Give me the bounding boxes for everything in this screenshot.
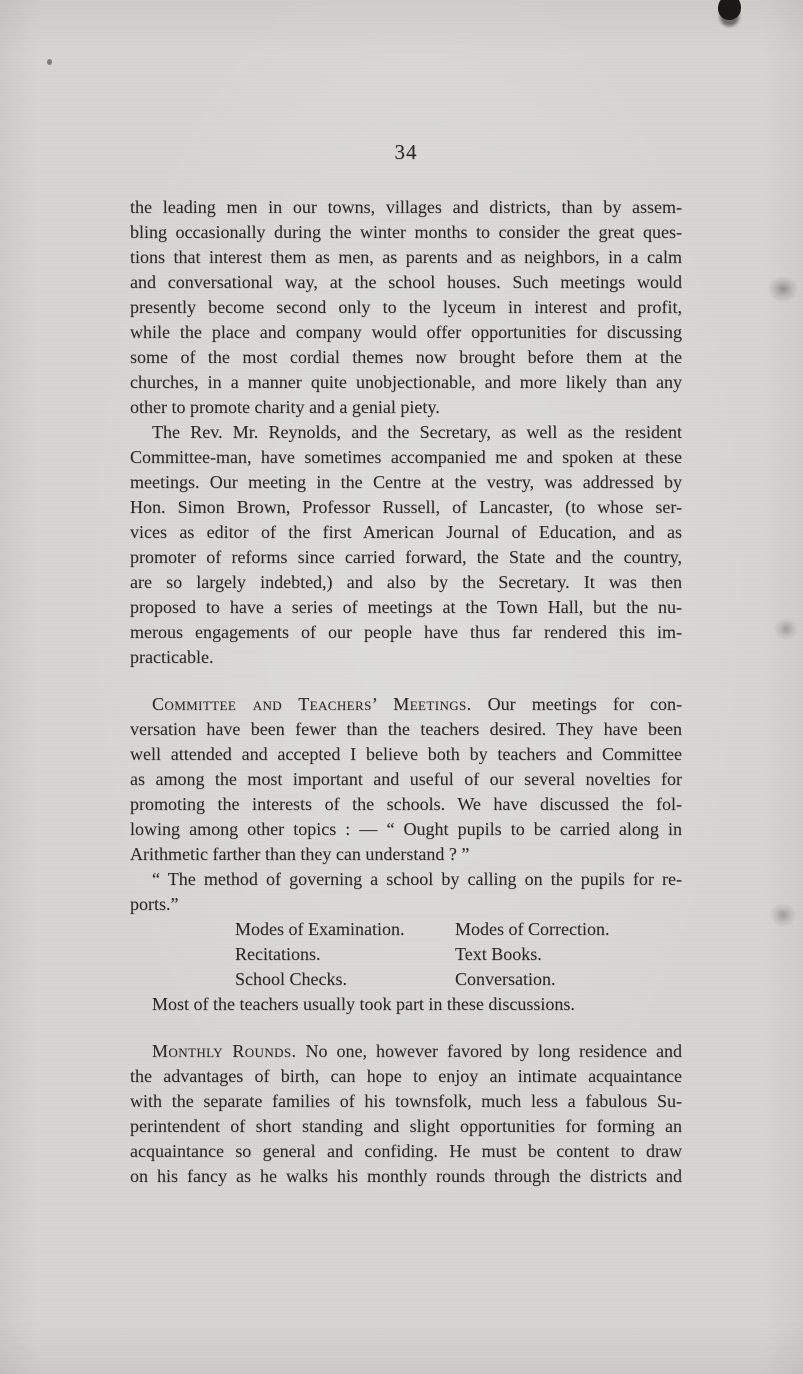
text-line: Arithmetic farther than they can underst… xyxy=(130,842,682,867)
text-line: Most of the teachers usually took part i… xyxy=(130,992,682,1017)
text-line: and conversational way, at the school ho… xyxy=(130,270,682,295)
text-line: merous engagements of our people have th… xyxy=(130,620,682,645)
text-line: presently become second only to the lyce… xyxy=(130,295,682,320)
text-line: ports.” xyxy=(130,892,682,917)
list-item: Recitations. xyxy=(235,942,455,967)
paragraph-lead: the leading men in our towns, villages a… xyxy=(130,195,682,420)
paper-smudge xyxy=(770,903,796,927)
text-line: with the separate families of his townsf… xyxy=(130,1089,682,1114)
text-line: meetings. Our meeting in the Centre at t… xyxy=(130,470,682,495)
text-line: promoter of reforms since carried forwar… xyxy=(130,545,682,570)
text-line: Committee and Teachers’ Meetings. Our me… xyxy=(130,692,682,717)
list-item: School Checks. xyxy=(235,967,455,992)
topics-row: Recitations. Text Books. xyxy=(130,942,682,967)
text-line: “ The method of governing a school by ca… xyxy=(130,867,682,892)
paper-smudge xyxy=(768,276,798,302)
topics-list: Modes of Examination. Modes of Correctio… xyxy=(130,917,682,992)
text-line: the advantages of birth, can hope to enj… xyxy=(130,1064,682,1089)
text-line: other to promote charity and a genial pi… xyxy=(130,395,682,420)
text-line: well attended and accepted I believe bot… xyxy=(130,742,682,767)
paragraph-method: “ The method of governing a school by ca… xyxy=(130,867,682,917)
text-line: The Rev. Mr. Reynolds, and the Secretary… xyxy=(130,420,682,445)
text-line: versation have been fewer than the teach… xyxy=(130,717,682,742)
paragraph-reynolds: The Rev. Mr. Reynolds, and the Secretary… xyxy=(130,420,682,670)
text-line: the leading men in our towns, villages a… xyxy=(130,195,682,220)
text-line: churches, in a manner quite unobjectiona… xyxy=(130,370,682,395)
section-heading-monthly: Monthly Rounds. xyxy=(152,1041,296,1061)
scanned-book-page: 34 the leading men in our towns, village… xyxy=(0,0,803,1374)
topics-row: Modes of Examination. Modes of Correctio… xyxy=(130,917,682,942)
text-line: promoting the interests of the schools. … xyxy=(130,792,682,817)
text-line: while the place and company would offer … xyxy=(130,320,682,345)
text-line: on his fancy as he walks his monthly rou… xyxy=(130,1164,682,1189)
text-line: are so largely indebted,) and also by th… xyxy=(130,570,682,595)
ink-blot-artifact xyxy=(715,0,743,22)
text-line-rest: No one, however favored by long residenc… xyxy=(296,1041,682,1061)
text-line: bling occasionally during the winter mon… xyxy=(130,220,682,245)
text-line: Hon. Simon Brown, Professor Russell, of … xyxy=(130,495,682,520)
text-block: 34 the leading men in our towns, village… xyxy=(130,140,682,1189)
list-item: Modes of Examination. xyxy=(235,917,455,942)
text-line: proposed to have a series of meetings at… xyxy=(130,595,682,620)
section-monthly-rounds: Monthly Rounds. No one, however favored … xyxy=(130,1039,682,1189)
list-item: Text Books. xyxy=(455,942,542,967)
list-item: Modes of Correction. xyxy=(455,917,609,942)
topics-row: School Checks. Conversation. xyxy=(130,967,682,992)
text-line-rest: Our meetings for con- xyxy=(472,694,682,714)
text-line: lowing among other topics : — “ Ought pu… xyxy=(130,817,682,842)
paper-speck xyxy=(47,59,52,65)
text-line: Committee-man, have sometimes accompanie… xyxy=(130,445,682,470)
text-line: vices as editor of the first American Jo… xyxy=(130,520,682,545)
section-heading-committee: Committee and Teachers’ Meetings. xyxy=(152,694,472,714)
text-line: some of the most cordial themes now brou… xyxy=(130,345,682,370)
list-item: Conversation. xyxy=(455,967,556,992)
paragraph-most: Most of the teachers usually took part i… xyxy=(130,992,682,1017)
paper-smudge xyxy=(774,618,798,640)
text-line: as among the most important and useful o… xyxy=(130,767,682,792)
text-line: Monthly Rounds. No one, however favored … xyxy=(130,1039,682,1064)
text-line: tions that interest them as men, as pare… xyxy=(130,245,682,270)
text-line: acquaintance so general and confiding. H… xyxy=(130,1139,682,1164)
page-number: 34 xyxy=(130,140,682,165)
text-line: practicable. xyxy=(130,645,682,670)
section-committee-meetings: Committee and Teachers’ Meetings. Our me… xyxy=(130,692,682,867)
text-line: perintendent of short standing and sligh… xyxy=(130,1114,682,1139)
